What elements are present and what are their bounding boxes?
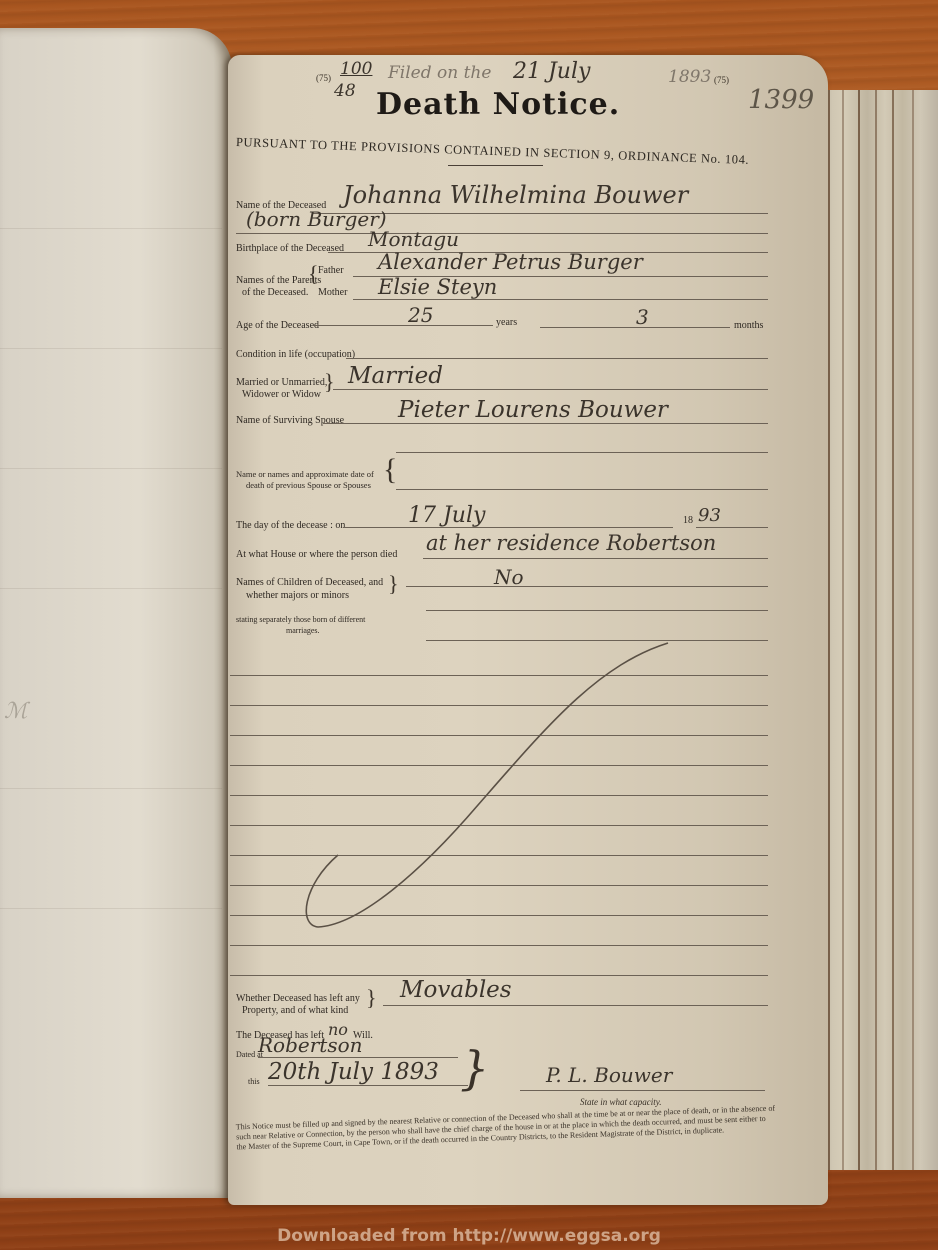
years-label: years	[496, 317, 517, 328]
decease-century: 18	[683, 515, 693, 526]
death-notice-form: (75) 100 48 Filed on the 21 July 1893 (7…	[228, 55, 828, 1205]
form-code-left: (75)	[316, 73, 331, 83]
title-rule	[448, 165, 543, 166]
marital-label-2: Widower or Widow	[242, 389, 321, 400]
age-label: Age of the Deceased	[236, 320, 319, 331]
fraction-bottom: 48	[334, 81, 356, 101]
children-note-2: marriages.	[286, 626, 320, 635]
father-label: Father	[318, 265, 344, 276]
fraction-top: 100	[340, 59, 372, 79]
decease-day-value: 17 July	[408, 503, 485, 528]
reference-number: 1399	[748, 85, 814, 115]
download-watermark: Downloaded from http://www.eggsa.org	[0, 1226, 938, 1246]
filed-year: 1893	[668, 67, 711, 87]
children-label-1: Names of Children of Deceased, and	[236, 577, 383, 588]
parents-brace: {	[308, 263, 319, 285]
property-label-1: Whether Deceased has left any	[236, 993, 360, 1004]
bleed-through-mark: ℳ	[4, 698, 28, 724]
decease-year: 93	[698, 505, 721, 526]
page-subtitle: PURSUANT TO THE PROVISIONS CONTAINED IN …	[236, 135, 750, 168]
marital-value: Married	[348, 363, 443, 389]
previous-spouse-label-1: Name or names and approximate date of	[236, 469, 374, 479]
father-value: Alexander Petrus Burger	[378, 250, 643, 274]
left-book-page: ℳ	[0, 28, 232, 1198]
this-day-label: this	[248, 1077, 260, 1086]
children-label-2: whether majors or minors	[246, 590, 349, 601]
strike-through-flourish	[298, 635, 698, 935]
dated-value: Robertson	[258, 1033, 363, 1057]
previous-spouse-label-2: death of previous Spouse or Spouses	[246, 480, 371, 490]
signature-caption: State in what capacity.	[580, 1097, 662, 1107]
place-died-label: At what House or where the person died	[236, 549, 397, 560]
instructions-footnote: This Notice must be filled up and signed…	[236, 1104, 777, 1153]
spouse-value: Pieter Lourens Bouwer	[398, 397, 668, 423]
this-day-value: 20th July 1893	[268, 1059, 439, 1085]
marital-label-1: Married or Unmarried,	[236, 377, 327, 388]
occupation-label: Condition in life (occupation)	[236, 349, 355, 360]
page-edges-stack	[820, 90, 938, 1170]
age-months: 3	[636, 305, 649, 329]
filed-day: 21 July	[513, 59, 590, 84]
page-title: Death Notice.	[376, 87, 620, 122]
parents-label-2: of the Deceased.	[242, 287, 308, 298]
place-died-value: at her residence Robertson	[426, 531, 716, 555]
name-value: Johanna Wilhelmina Bouwer	[343, 181, 688, 209]
property-value: Movables	[400, 977, 512, 1003]
property-label-2: Property, and of what kind	[242, 1005, 348, 1016]
name-value-line2: (born Burger)	[246, 207, 387, 231]
signature-value: P. L. Bouwer	[546, 1063, 672, 1087]
months-label: months	[734, 320, 763, 331]
children-note-1: stating separately those born of differe…	[236, 615, 365, 624]
mother-value: Elsie Steyn	[378, 275, 497, 299]
birthplace-value: Montagu	[368, 227, 459, 251]
spouse-label: Name of Surviving Spouse	[236, 415, 344, 426]
mother-label: Mother	[318, 287, 347, 298]
filed-note: Filed on the	[388, 63, 491, 83]
decease-day-label: The day of the decease : on	[236, 520, 345, 531]
form-code-right: (75)	[714, 75, 729, 85]
age-years: 25	[408, 303, 433, 327]
